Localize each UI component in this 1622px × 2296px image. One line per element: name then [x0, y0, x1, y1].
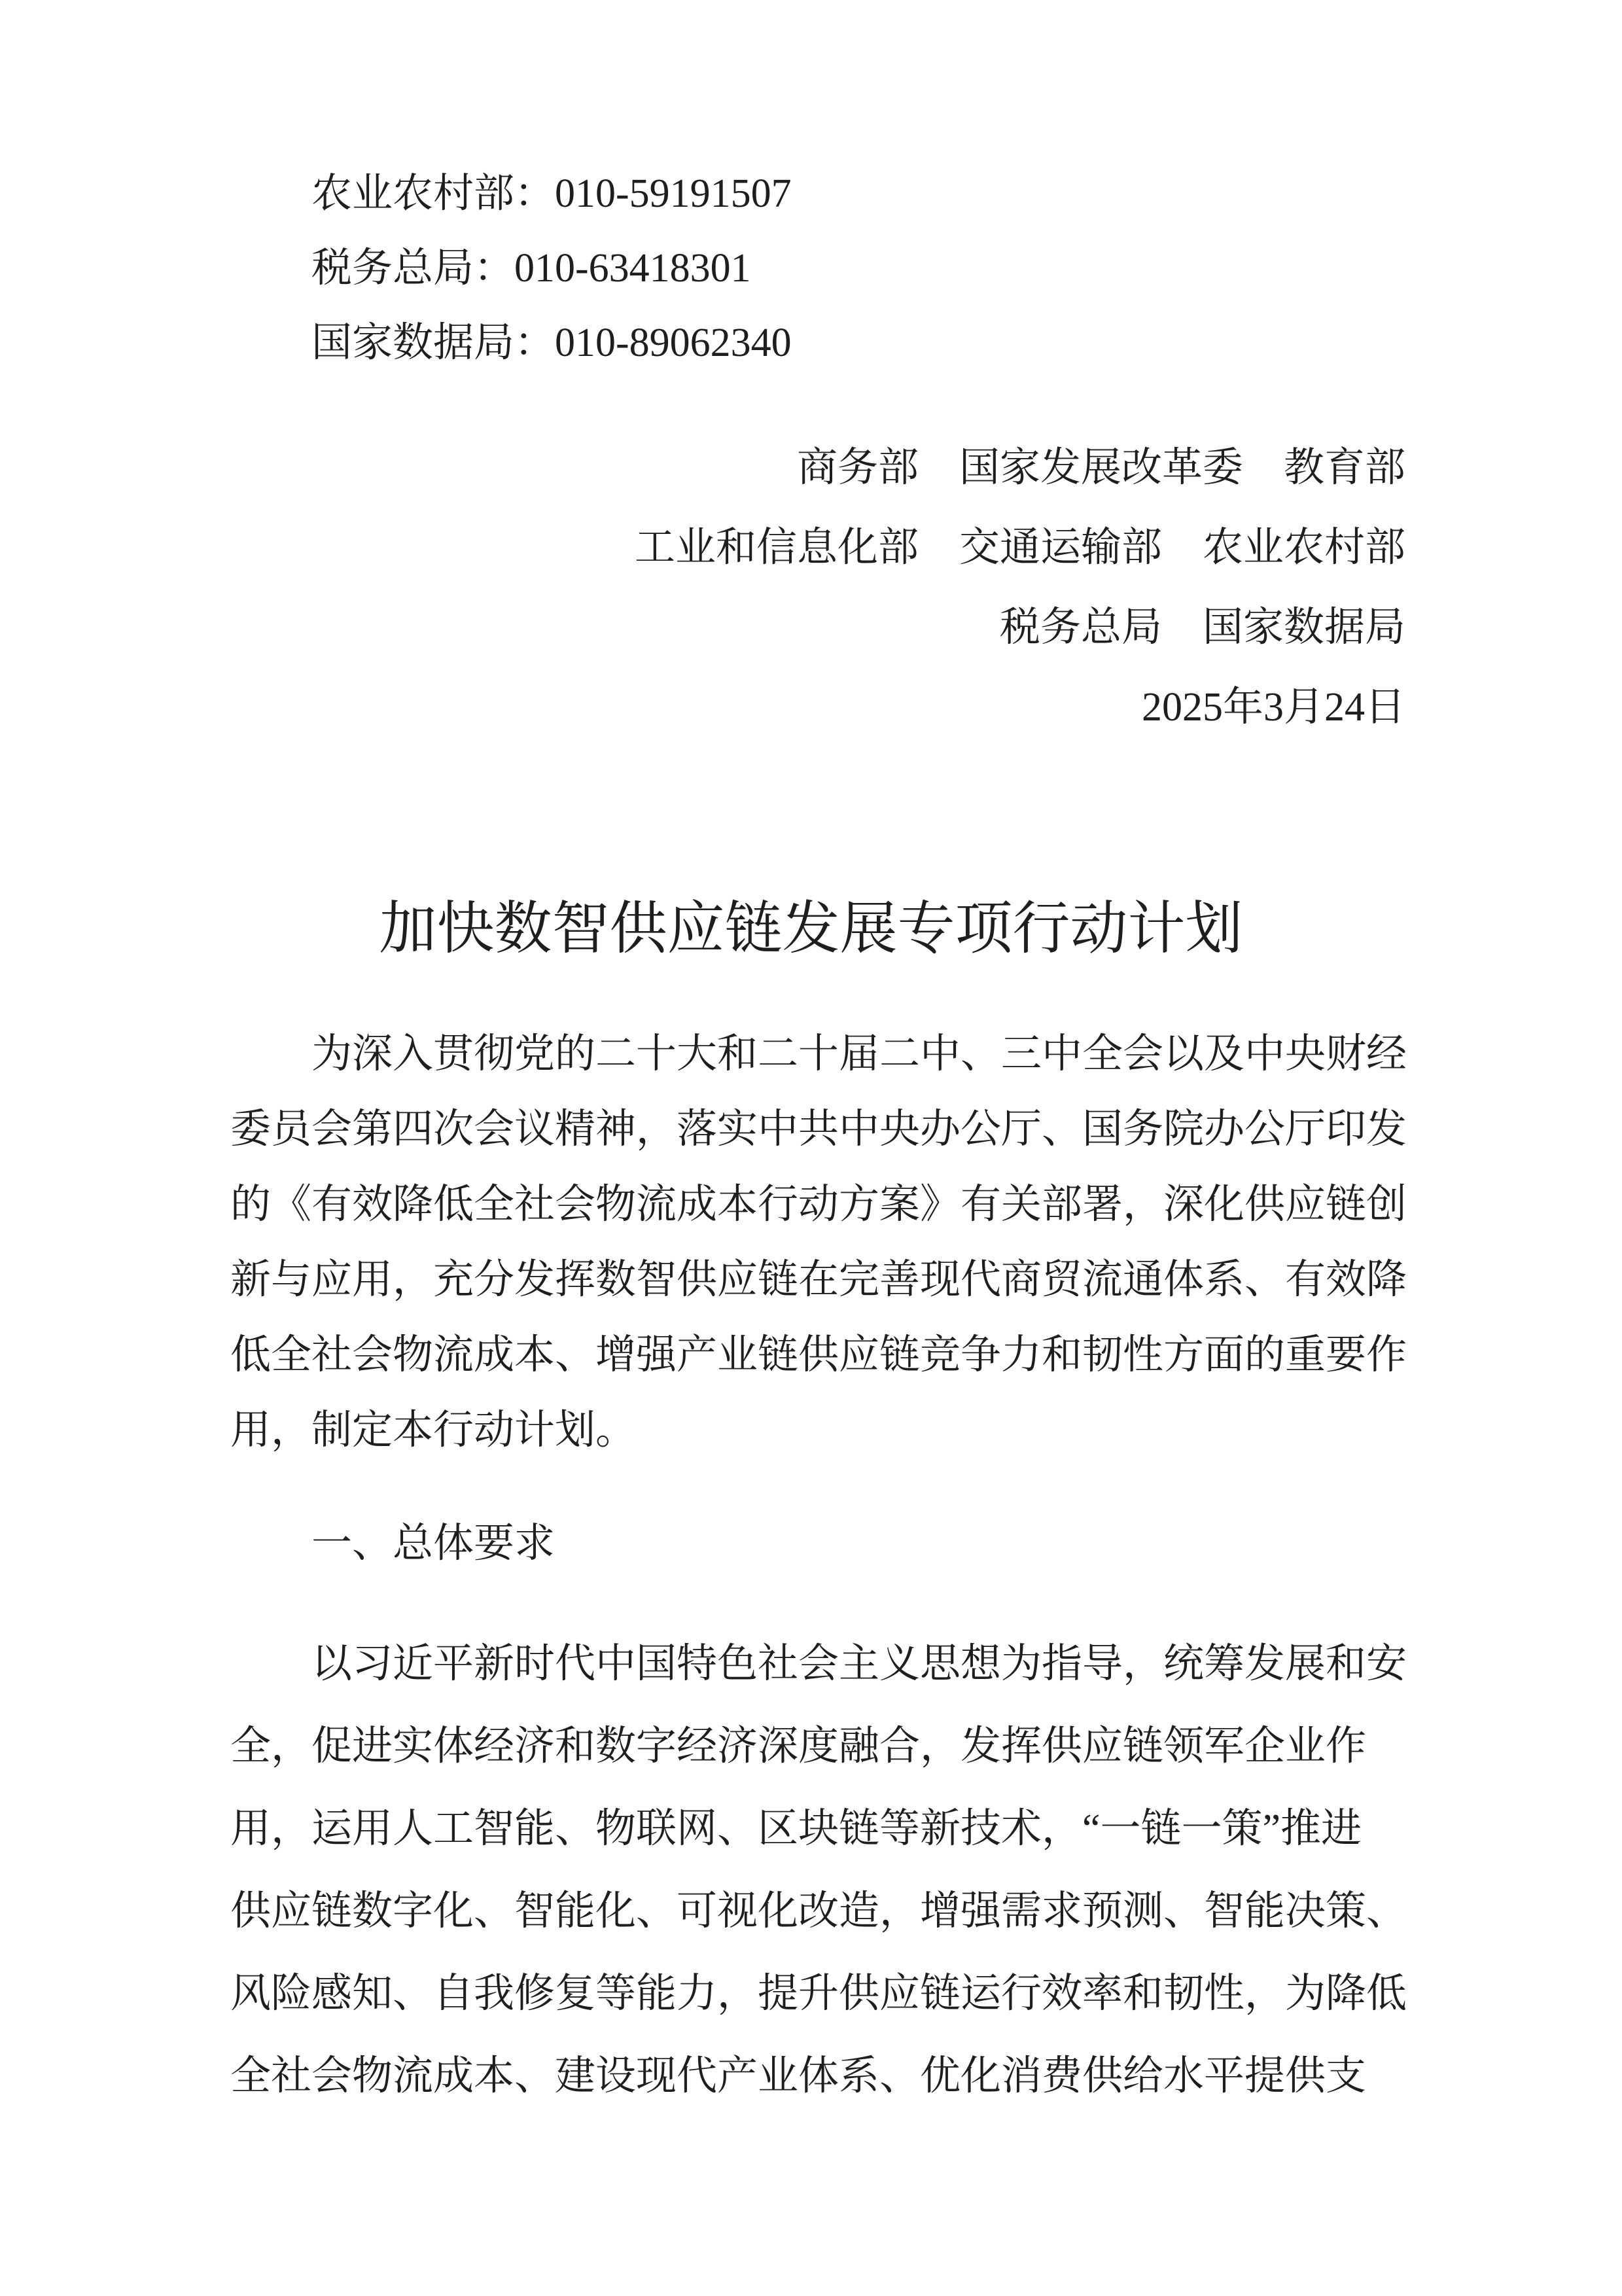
section-heading: 一、总体要求 — [311, 1506, 555, 1581]
intro-paragraph-line: 为深入贯彻党的二十大和二十届二中、三中全会以及中央财经 — [230, 1017, 1408, 1092]
document-page: 农业农村部：010-59191507税务总局：010-63418301国家数据局… — [0, 0, 1622, 2296]
intro-paragraph-line: 低全社会物流成本、增强产业链供应链竞争力和韧性方面的重要作 — [230, 1318, 1408, 1393]
intro-paragraph: 为深入贯彻党的二十大和二十届二中、三中全会以及中央财经委员会第四次会议精神，落实… — [230, 1017, 1408, 1468]
document-title: 加快数智供应链发展专项行动计划 — [0, 894, 1622, 966]
section-paragraph-line: 用，运用人工智能、物联网、区块链等新技术，“一链一策”推进 — [230, 1788, 1408, 1870]
signatory-line: 商务部 国家发展改革委 教育部 — [635, 428, 1405, 508]
section-paragraph-line: 全，促进实体经济和数字经济深度融合，发挥供应链领军企业作 — [230, 1705, 1408, 1788]
contact-number-line: 农业农村部：010-59191507 — [311, 156, 792, 231]
signatory-list: 商务部 国家发展改革委 教育部工业和信息化部 交通运输部 农业农村部税务总局 国… — [635, 428, 1405, 667]
signatory-block: 商务部 国家发展改革委 教育部工业和信息化部 交通运输部 农业农村部税务总局 国… — [635, 428, 1405, 747]
intro-paragraph-line: 用，制定本行动计划。 — [230, 1393, 1408, 1468]
intro-paragraph-line: 的《有效降低全社会物流成本行动方案》有关部署，深化供应链创 — [230, 1167, 1408, 1243]
section-paragraph-line: 以习近平新时代中国特色社会主义思想为指导，统筹发展和安 — [230, 1623, 1408, 1705]
intro-paragraph-line: 委员会第四次会议精神，落实中共中央办公厅、国务院办公厅印发 — [230, 1092, 1408, 1167]
section-paragraph-line: 全社会物流成本、建设现代产业体系、优化消费供给水平提供支 — [230, 2035, 1408, 2117]
section-paragraph: 以习近平新时代中国特色社会主义思想为指导，统筹发展和安全，促进实体经济和数字经济… — [230, 1623, 1408, 2117]
intro-paragraph-line: 新与应用，充分发挥数智供应链在完善现代商贸流通体系、有效降 — [230, 1243, 1408, 1318]
section-paragraph-line: 风险感知、自我修复等能力，提升供应链运行效率和韧性，为降低 — [230, 1952, 1408, 2035]
contact-number-line: 税务总局：010-63418301 — [311, 231, 792, 306]
signatory-line: 税务总局 国家数据局 — [635, 588, 1405, 667]
issue-date: 2025年3月24日 — [635, 667, 1405, 747]
signatory-line: 工业和信息化部 交通运输部 农业农村部 — [635, 508, 1405, 588]
contact-number-list: 农业农村部：010-59191507税务总局：010-63418301国家数据局… — [311, 156, 792, 380]
section-paragraph-line: 供应链数字化、智能化、可视化改造，增强需求预测、智能决策、 — [230, 1870, 1408, 1952]
contact-number-line: 国家数据局：010-89062340 — [311, 306, 792, 380]
